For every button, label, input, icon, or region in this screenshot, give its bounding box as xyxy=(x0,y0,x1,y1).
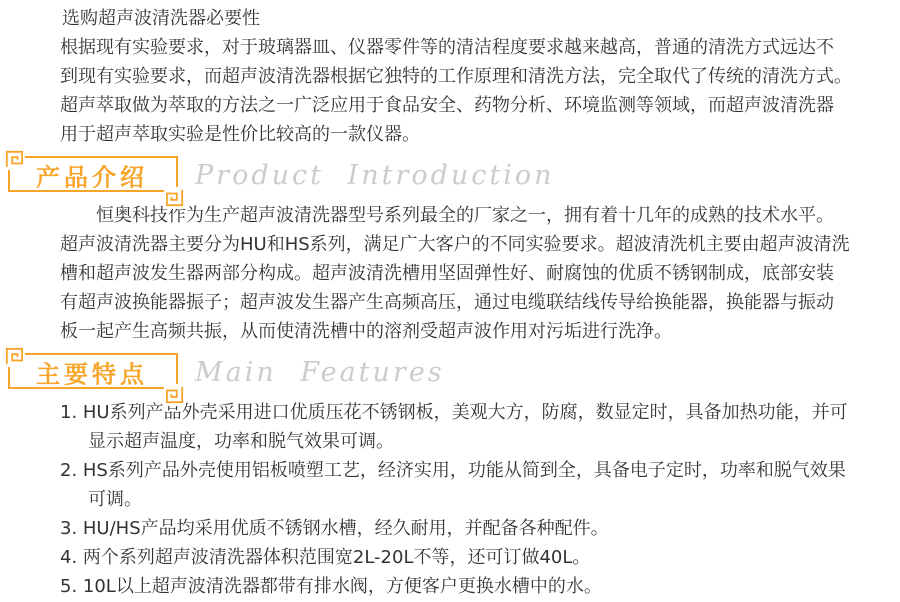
feature-item: 4. 两个系列超声波清洗器体积范围宽2L-20L不等，还可订做40L。 xyxy=(60,543,872,572)
main-features-badge: 主要特点 xyxy=(5,349,183,395)
feature-item-continuation: 可调。 xyxy=(60,485,872,514)
features-list: 1. HU系列产品外壳采用进口优质压花不锈钢板，美观大方，防腐，数显定时，具备加… xyxy=(0,398,900,601)
intro-line: 用于超声萃取实验是性价比较高的一款仪器。 xyxy=(60,120,872,149)
product-intro-badge: 产品介绍 xyxy=(5,152,183,198)
product-intro-header: 产品介绍 Product Introduction xyxy=(0,149,900,201)
intro-line: 根据现有实验要求，对于玻璃器皿、仪器零件等的清洁程度要求越来越高，普通的清洗方式… xyxy=(60,33,872,62)
paragraph-line: 有超声波换能器振子；超声波发生器产生高频高压，通过电缆联结线传导给换能器，换能器… xyxy=(60,288,872,317)
paragraph-line: 板一起产生高频共振，从而使清洗槽中的溶剂受超声波作用对污垢进行洗净。 xyxy=(60,317,872,346)
intro-title-line: 选购超声波清洗器必要性 xyxy=(60,4,872,33)
product-page: 选购超声波清洗器必要性 根据现有实验要求，对于玻璃器皿、仪器零件等的清洁程度要求… xyxy=(0,0,900,602)
feature-item: 5. 10L以上超声波清洗器都带有排水阀，方便客户更换水槽中的水。 xyxy=(60,572,872,601)
intro-line: 到现有实验要求，而超声波清洗器根据它独特的工作原理和清洗方法，完全取代了传统的清… xyxy=(60,62,872,91)
meander-ornament-bottom-right-icon xyxy=(164,187,186,209)
intro-section: 选购超声波清洗器必要性 根据现有实验要求，对于玻璃器皿、仪器零件等的清洁程度要求… xyxy=(0,0,900,149)
feature-item: 3. HU/HS产品均采用优质不锈钢水槽，经久耐用，并配备各种配件。 xyxy=(60,514,872,543)
section-title-en: Main Features xyxy=(195,357,445,388)
meander-ornament-bottom-right-icon xyxy=(164,384,186,406)
section-title-en: Product Introduction xyxy=(195,160,555,191)
paragraph-line: 超声波清洗器主要分为HU和HS系列，满足广大客户的不同实验要求。超波清洗机主要由… xyxy=(60,230,872,259)
feature-item-continuation: 显示超声温度，功率和脱气效果可调。 xyxy=(60,427,872,456)
feature-item: 2. HS系列产品外壳使用铝板喷塑工艺，经济实用，功能从简到全，具备电子定时，功… xyxy=(60,456,872,485)
main-features-header: 主要特点 Main Features xyxy=(0,346,900,398)
product-intro-paragraph: 恒奥科技作为生产超声波清洗器型号系列最全的厂家之一，拥有着十几年的成熟的技术水平… xyxy=(0,201,900,346)
section-title-zh: 主要特点 xyxy=(5,355,179,390)
section-title-zh: 产品介绍 xyxy=(5,158,179,193)
intro-line: 超声萃取做为萃取的方法之一广泛应用于食品安全、药物分析、环境监测等领域，而超声波… xyxy=(60,91,872,120)
paragraph-line: 槽和超声波发生器两部分构成。超声波清洗槽用坚固弹性好、耐腐蚀的优质不锈钢制成，底… xyxy=(60,259,872,288)
